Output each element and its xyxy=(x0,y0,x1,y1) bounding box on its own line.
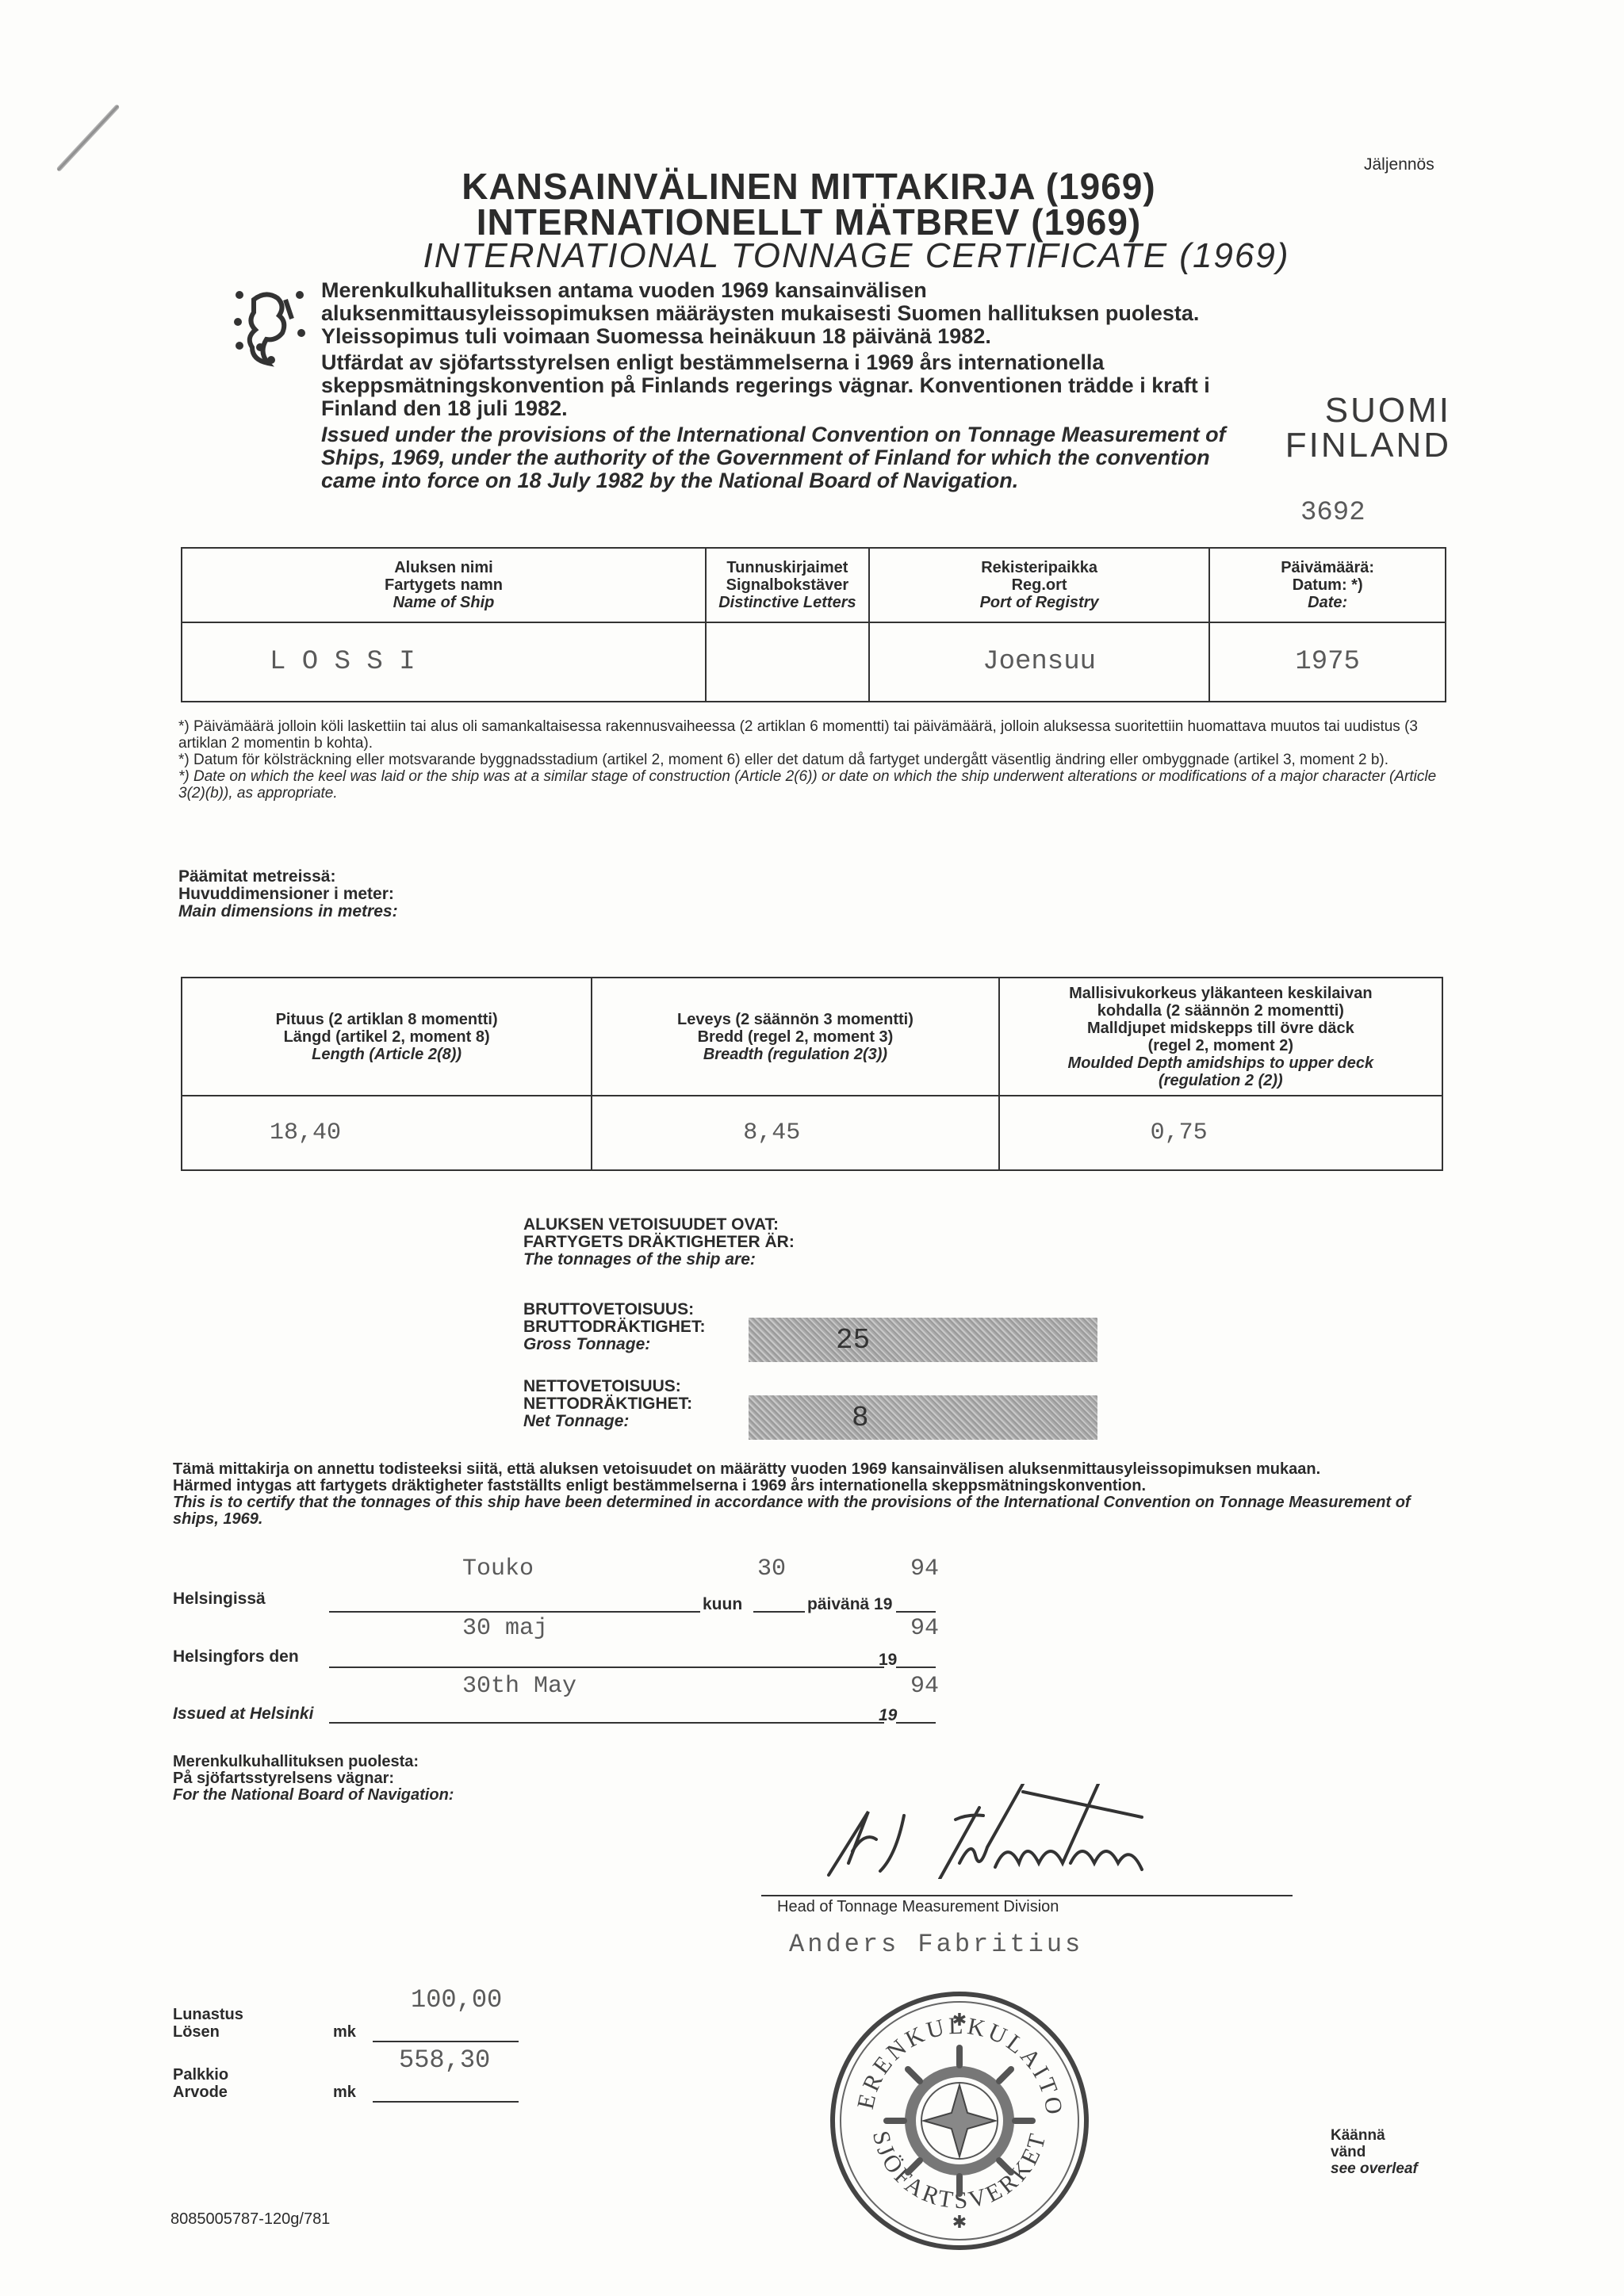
signature xyxy=(817,1784,1293,1879)
redemption-fee-row: Lunastus Lösen mk 100,00 xyxy=(173,1998,538,2045)
service-fee-row: Palkkio Arvode mk 558,30 xyxy=(173,2058,538,2106)
see-overleaf-note: Käännä vänd see overleaf xyxy=(1331,2127,1418,2177)
intro-finnish: Merenkulkuhallituksen antama vuoden 1969… xyxy=(321,279,1257,348)
issue-place-en: Issued at Helsinki xyxy=(173,1705,313,1724)
net-tonnage-label: NETTOVETOISUUS: NETTODRÄKTIGHET: Net Ton… xyxy=(523,1378,692,1430)
board-label: Merenkulkuhallituksen puolesta: På sjöfa… xyxy=(173,1754,454,1804)
reference-number: 3692 xyxy=(1300,498,1365,528)
header-date: Päivämäärä:Datum: *)Date: xyxy=(1209,548,1446,622)
net-tonnage-value: 8 xyxy=(852,1402,869,1434)
issue-year-en: 94 xyxy=(910,1673,939,1700)
kuun-label: kuun xyxy=(703,1595,742,1614)
net-tonnage-box: 8 xyxy=(749,1395,1097,1440)
staple xyxy=(56,104,121,172)
issue-day-fi: 30 xyxy=(757,1556,786,1582)
dimensions-table: Pituus (2 artiklan 8 momentti)Längd (art… xyxy=(181,977,1443,1171)
header-ship-name: Aluksen nimiFartygets namnName of Ship xyxy=(182,548,706,622)
issue-place-fi: Helsingissä xyxy=(173,1590,266,1609)
signature-line xyxy=(761,1895,1293,1896)
header-moulded-depth: Mallisivukorkeus yläkanteen keskilaivank… xyxy=(999,978,1442,1096)
depth-value: 0,75 xyxy=(999,1096,1442,1170)
certification-text: Tämä mittakirja on annettu todisteeksi s… xyxy=(173,1461,1457,1528)
redemption-fee-value: 100,00 xyxy=(411,1992,502,2009)
issue-month-fi: Touko xyxy=(462,1556,534,1582)
date-value: 1975 xyxy=(1209,622,1446,702)
issue-place-sv: Helsingfors den xyxy=(173,1647,299,1667)
footnotes: *) Päivämäärä jolloin köli laskettiin ta… xyxy=(178,718,1455,802)
issue-year-fi: 94 xyxy=(910,1556,939,1582)
signatory-name: Anders Fabritius xyxy=(789,1930,1083,1959)
ship-name-value: L O S S I xyxy=(182,622,706,702)
header-distinctive-letters: TunnuskirjaimetSignalbokstäverDistinctiv… xyxy=(706,548,869,622)
country-label: SUOMI FINLAND xyxy=(1277,393,1451,463)
svg-text:✱: ✱ xyxy=(952,2010,967,2030)
header-length: Pituus (2 artiklan 8 momentti)Längd (art… xyxy=(182,978,592,1096)
header-breadth: Leveys (2 säännön 3 momentti)Bredd (rege… xyxy=(592,978,998,1096)
gross-tonnage-label: BRUTTOVETOISUUS: BRUTTODRÄKTIGHET: Gross… xyxy=(523,1301,705,1353)
intro-text: Merenkulkuhallituksen antama vuoden 1969… xyxy=(321,279,1257,496)
nineteen-en: 19 xyxy=(879,1706,897,1725)
issue-date-en: 30th May xyxy=(462,1673,576,1700)
title-english: INTERNATIONAL TONNAGE CERTIFICATE (1969) xyxy=(222,236,1491,276)
header-port-of-registry: RekisteripaikkaReg.ortPort of Registry xyxy=(869,548,1209,622)
breadth-value: 8,45 xyxy=(592,1096,998,1170)
main-dimensions-label: Päämitat metreissä: Huvuddimensioner i m… xyxy=(178,868,398,920)
length-value: 18,40 xyxy=(182,1096,592,1170)
paivana-label: päivänä 19 xyxy=(807,1595,892,1614)
ship-particulars-table: Aluksen nimiFartygets namnName of Ship T… xyxy=(181,547,1446,702)
svg-text:✱: ✱ xyxy=(952,2212,967,2232)
footnote-swedish: *) Datum för kölsträckning eller motsvar… xyxy=(178,752,1455,768)
country-swedish: FINLAND xyxy=(1277,428,1451,463)
intro-swedish: Utfärdat av sjöfartsstyrelsen enligt bes… xyxy=(321,351,1257,420)
official-seal-icon: MERENKULKULAITOS SJÖFARTSVERKET ✱ ✱ xyxy=(825,1986,1094,2256)
issue-date-sv: 30 maj xyxy=(462,1615,548,1642)
distinctive-letters-value xyxy=(706,622,869,702)
finnish-coat-of-arms-icon xyxy=(230,284,309,371)
intro-english: Issued under the provisions of the Inter… xyxy=(321,423,1257,492)
signatory-title: Head of Tonnage Measurement Division xyxy=(777,1898,1059,1916)
nineteen-sv: 19 xyxy=(879,1651,897,1670)
gross-tonnage-box: 25 xyxy=(749,1318,1097,1362)
gross-tonnage-value: 25 xyxy=(836,1324,870,1357)
form-number: 8085005787-120g/781 xyxy=(170,2210,330,2229)
port-of-registry-value: Joensuu xyxy=(869,622,1209,702)
certify-finnish: Tämä mittakirja on annettu todisteeksi s… xyxy=(173,1461,1457,1478)
fees-section: Lunastus Lösen mk 100,00 Palkkio Arvode … xyxy=(173,1998,538,2106)
certify-swedish: Härmed intygas att fartygets dräktighete… xyxy=(173,1478,1457,1494)
service-fee-value: 558,30 xyxy=(399,2052,490,2069)
footnote-english: *) Date on which the keel was laid or th… xyxy=(178,768,1455,802)
issue-year-sv: 94 xyxy=(910,1615,939,1642)
country-finnish: SUOMI xyxy=(1277,393,1451,428)
tonnage-heading: ALUKSEN VETOISUUDET OVAT: FARTYGETS DRÄK… xyxy=(523,1216,795,1269)
certify-english: This is to certify that the tonnages of … xyxy=(173,1494,1457,1528)
footnote-finnish: *) Päivämäärä jolloin köli laskettiin ta… xyxy=(178,718,1455,752)
